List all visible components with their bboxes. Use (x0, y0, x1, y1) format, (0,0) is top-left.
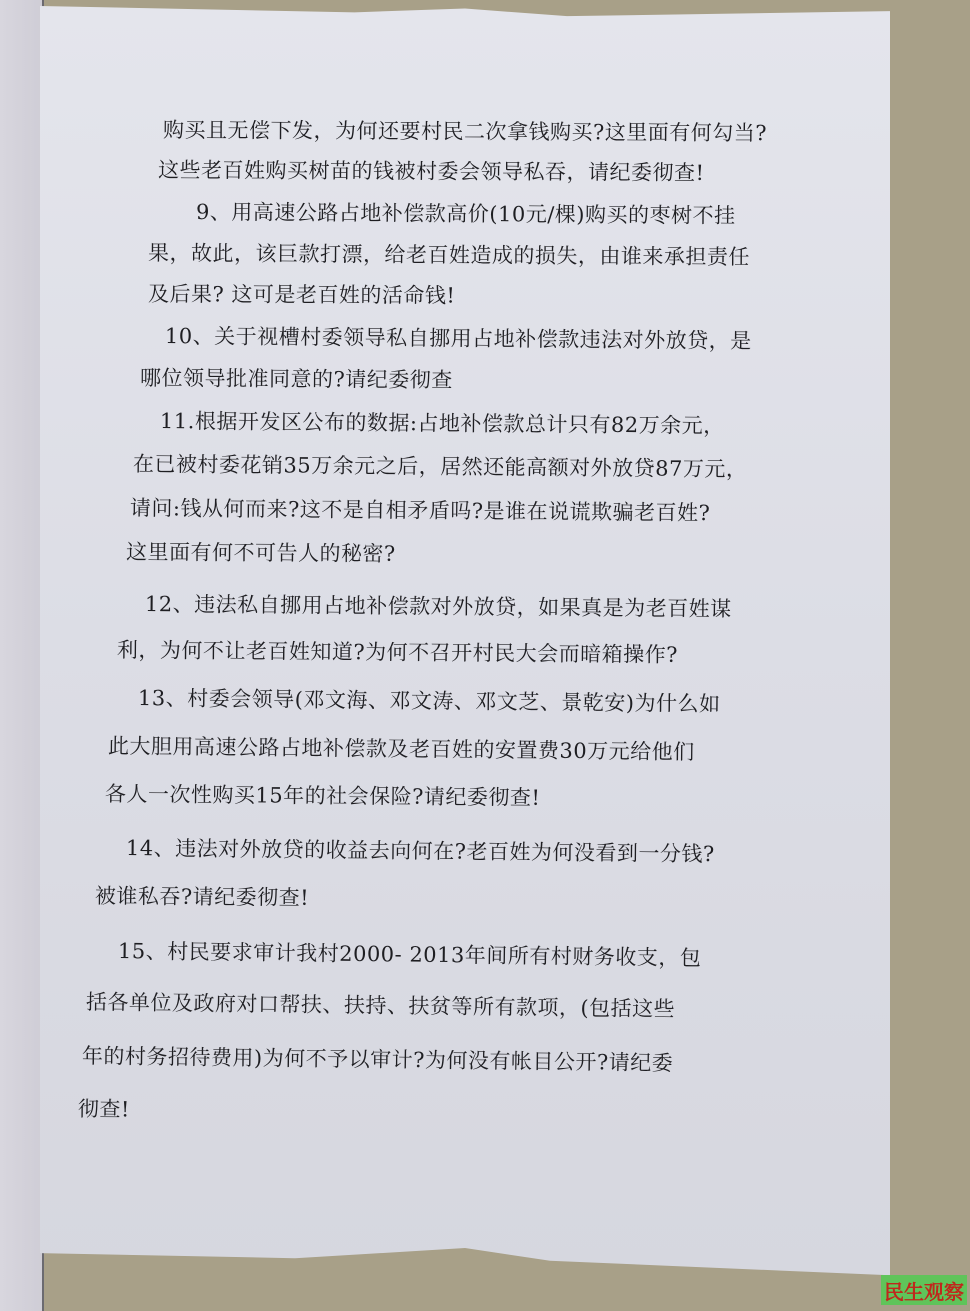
text-line: 在已被村委花销35万余元之后，居然还能高额对外放贷87万元， (133, 448, 748, 483)
adjacent-page-edge (0, 0, 44, 1311)
watermark-text: 民生观察 (884, 1276, 964, 1305)
text-line: 哪位领导批准同意的?请纪委彻查 (140, 362, 453, 394)
text-line: 9、用高速公路占地补偿款高价(10元/棵)购买的枣树不挂 (196, 196, 736, 230)
watermark-badge: 民生观察 (881, 1275, 967, 1305)
text-line: 13、村委会领导(邓文海、邓文涛、邓文芝、景乾安)为什么如 (138, 682, 721, 718)
text-line: 利，为何不让老百姓知道?为何不召开村民大会而暗箱操作? (117, 634, 678, 669)
text-line: 各人一次性购买15年的社会保险?请纪委彻查! (105, 778, 541, 812)
text-line: 请问:钱从何而来?这不是自相矛盾吗?是谁在说谎欺骗老百姓? (130, 492, 711, 527)
text-line: 彻查! (78, 1093, 130, 1123)
text-line: 这里面有何不可告人的秘密? (126, 536, 396, 568)
text-line: 此大胆用高速公路占地补偿款及老百姓的安置费30万元给他们 (108, 730, 695, 766)
text-line: 果，故此，该巨款打漂，给老百姓造成的损失，由谁来承担责任 (148, 237, 750, 271)
text-line: 10、关于视槽村委领导私自挪用占地补偿款违法对外放贷，是 (165, 320, 752, 355)
text-line: 购买且无偿下发，为何还要村民二次拿钱购买?这里面有何勾当? (163, 114, 767, 147)
text-line: 14、违法对外放贷的收益去向何在?老百姓为何没看到一分钱? (126, 832, 715, 868)
text-line: 及后果? 这可是老百姓的活命钱! (148, 278, 456, 310)
text-line: 12、违法私自挪用占地补偿款对外放贷，如果真是为老百姓谋 (145, 588, 732, 623)
text-line: 11.根据开发区公布的数据:占地补偿款总计只有82万余元， (160, 405, 725, 440)
text-line: 被谁私吞?请纪委彻查! (95, 880, 309, 912)
text-line: 这些老百姓购买树苗的钱被村委会领导私吞，请纪委彻查! (158, 154, 705, 187)
